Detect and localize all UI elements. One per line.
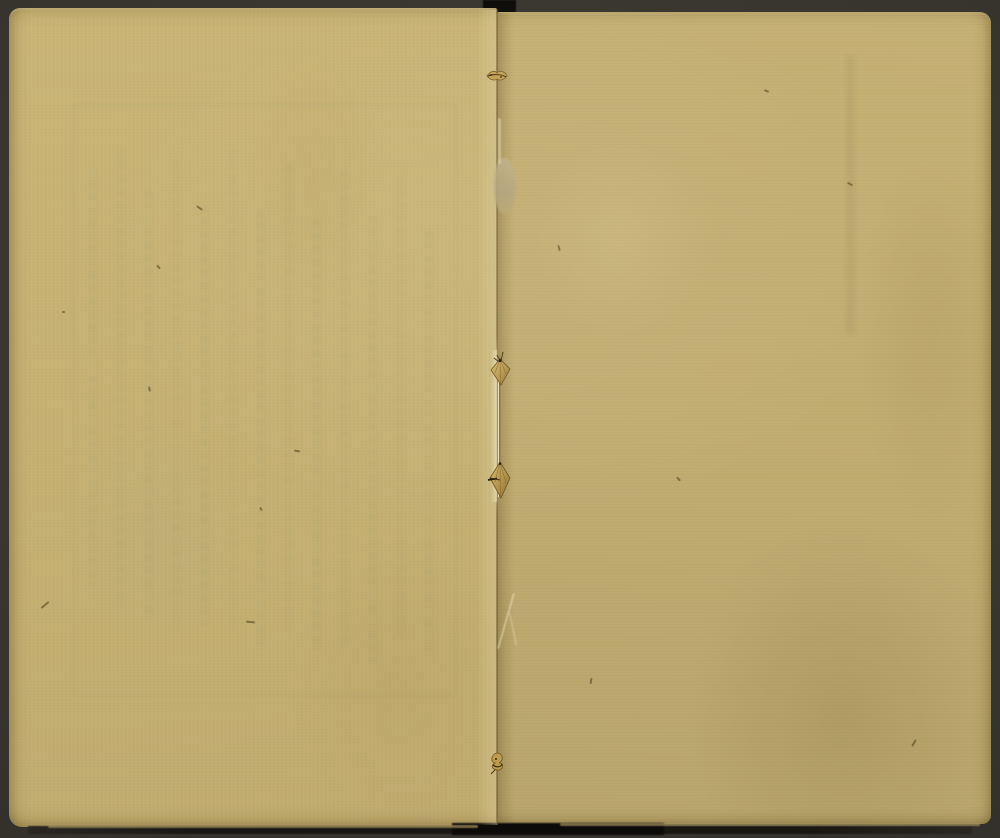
- under-page-edge-left: [48, 825, 478, 828]
- bleed-through-column: [144, 190, 153, 620]
- binding-knot-top: [484, 68, 510, 84]
- bleed-through-frame-line: [72, 694, 455, 696]
- bleed-through-column: [88, 168, 97, 588]
- paper-tear-line: [498, 118, 501, 164]
- paper-shading-streak: [846, 55, 855, 335]
- bleed-through-column: [424, 230, 433, 650]
- bleed-through-column: [256, 210, 265, 650]
- bleed-through-column: [116, 150, 125, 610]
- right-page: [497, 12, 991, 824]
- photo-of-book-spread: [0, 0, 1000, 838]
- bleed-through-column: [396, 175, 405, 635]
- binding-knot-bottom: [487, 750, 507, 776]
- bleed-through-column: [368, 215, 377, 665]
- bleed-through-column: [228, 150, 237, 630]
- binding-knot-lower-middle: [486, 456, 514, 500]
- paper-fiber-speck: [62, 311, 65, 313]
- bleed-through-column: [200, 205, 209, 625]
- bleed-through-frame-line: [72, 104, 74, 694]
- bleed-through-column: [340, 170, 349, 650]
- bleed-through-column: [312, 220, 321, 650]
- bleed-through-column: [284, 165, 293, 635]
- under-page-edge-right: [560, 823, 980, 826]
- bleed-through-frame-line: [72, 104, 455, 106]
- bleed-through-frame-line: [455, 104, 457, 694]
- bleed-through-column: [172, 160, 181, 630]
- binding-knot-upper-middle: [487, 349, 513, 389]
- paper-tear-repair: [494, 158, 516, 214]
